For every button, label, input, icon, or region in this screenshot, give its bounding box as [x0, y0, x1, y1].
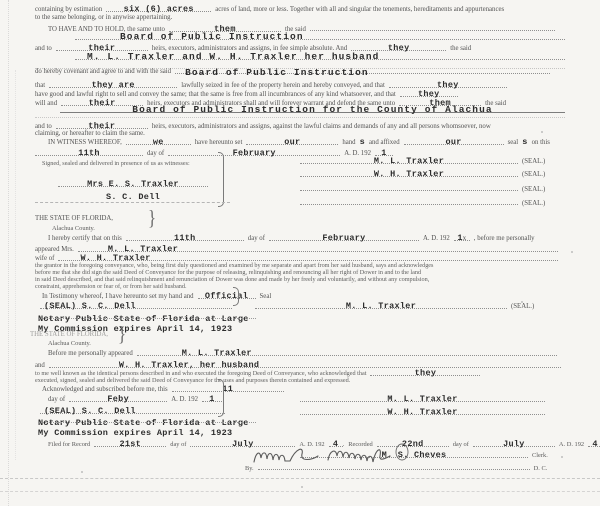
rec-year-blank: 4	[588, 437, 600, 447]
filed-day-entry: 21st	[119, 439, 141, 449]
seal-label: (SEAL.)	[522, 186, 545, 193]
ack1-notary-sig-line: (SEAL) S. C. Dell	[40, 299, 232, 310]
deed-record-page: containing by estimation six (6) acres a…	[0, 0, 600, 506]
ack2-they-blank: they	[370, 366, 480, 376]
deed-line-covenant: do hereby covenant and agree to and with…	[35, 64, 550, 75]
grantor-signature-2: W. H. Traxler	[374, 169, 444, 179]
printed-label: day of	[48, 396, 65, 403]
we-blank: we	[126, 135, 191, 145]
side-sig-blank: M. L. Traxler	[300, 392, 545, 402]
witness-2-blank: S. C. Dell	[58, 190, 208, 200]
ack2-side-signature-2: W. H. Traxler	[387, 407, 457, 417]
signature-blank	[300, 195, 518, 205]
witness-signature-2-line: S. C. Dell	[58, 190, 208, 201]
scan-speck	[571, 251, 573, 253]
filed-day-blank: 21st	[94, 437, 166, 447]
ack1-certify-line: I hereby certify that on this 11th day o…	[48, 231, 535, 242]
ack2-appeared-line: Before me personally appeared M. L. Trax…	[48, 346, 557, 357]
ack1-side-sig-line: M. L. Traxler (SEAL.)	[255, 299, 534, 310]
witness-signature-1-line: Mrs E. S. Traxler	[58, 177, 208, 188]
seal-row-1: M. L. Traxler (SEAL.)	[300, 154, 545, 165]
grantor-names: M. L. Traxler and W. H. Traxler her husb…	[87, 51, 379, 62]
signature-blank: W. H. Traxler	[300, 167, 518, 177]
rec-year-entry: 4	[592, 439, 597, 449]
ack2-year-entry: 1	[209, 394, 214, 404]
deed-line-estimation-cont: to the same belonging, or in anywise app…	[35, 10, 172, 21]
witness-bracket	[218, 152, 224, 207]
seal-row-2: W. H. Traxler (SEAL.)	[300, 167, 545, 178]
ack2-month-blank: Feby	[69, 392, 167, 402]
grantor-signature-1: M. L. Traxler	[374, 156, 444, 166]
signature-blank	[300, 181, 518, 191]
witness-2-signature: S. C. Dell	[106, 192, 160, 202]
printed-label: Before me personally appeared	[48, 350, 133, 357]
ack1-year-blank: 1x	[454, 231, 470, 241]
ack1-side-signature: M. L. Traxler	[346, 301, 416, 311]
deed-line-grantors: M. L. Traxler and W. H. Traxler her husb…	[75, 50, 565, 61]
witness-1-blank: Mrs E. S. Traxler	[58, 177, 208, 187]
seal-label: (SEAL.)	[522, 158, 545, 165]
seal-row-3: (SEAL.)	[300, 181, 545, 192]
printed-label: A. D. 192	[171, 396, 198, 403]
side-sig-blank: W. H. Traxler	[300, 405, 545, 415]
ack2-day-blank: 11	[172, 382, 284, 392]
seal-label: (SEAL.)	[522, 171, 545, 178]
deed-line-grantee-county: Board of Public Instruction for the Coun…	[60, 103, 565, 114]
witness-1-signature: Mrs E. S. Traxler	[87, 179, 179, 189]
ack2-side-sig-1-line: M. L. Traxler	[300, 392, 545, 403]
ack2-side-signature-1: M. L. Traxler	[387, 394, 457, 404]
notary-signature: (SEAL) S. C. Dell	[44, 301, 136, 311]
printed-label: A. D. 192	[423, 235, 450, 242]
dotted-rule	[35, 117, 565, 118]
rule-through-text	[38, 422, 256, 423]
ack2-they-entry: they	[415, 368, 437, 378]
grantee-county-blank: Board of Public Instruction for the Coun…	[60, 103, 565, 113]
notary-signature: (SEAL) S. C. Dell	[44, 406, 136, 416]
rec-month-blank: July	[473, 437, 555, 447]
exec-month-entry: February	[233, 148, 276, 158]
ack2-date-line: day of Feby A. D. 192 1	[48, 392, 222, 403]
printed-label: have hereunto set	[195, 139, 243, 146]
printed-label: heirs, executors, administrators and ass…	[152, 123, 491, 130]
printed-label: IN WITNESS WHEREOF,	[48, 139, 122, 146]
ack2-appeared-name: M. L. Traxler	[182, 348, 252, 358]
scan-speck	[541, 131, 543, 133]
deed-line-witness-clause: IN WITNESS WHEREOF, we have hereunto set…	[48, 135, 550, 146]
covenant-grantee-name: Board of Public Instruction	[185, 67, 369, 78]
printed-label: I hereby certify that on this	[48, 235, 122, 242]
printed-label: A. D. 192	[559, 441, 584, 448]
printed-label: do hereby covenant and agree to and with…	[35, 68, 171, 75]
official-blank: Official	[198, 289, 256, 299]
ack2-commission-line: My Commission expires April 14, 1923	[38, 426, 232, 437]
printed-label: day of	[170, 441, 186, 448]
deputy-clerk-signature	[250, 443, 435, 469]
side-sig-blank: M. L. Traxler	[255, 299, 507, 309]
scan-speck	[561, 456, 563, 458]
exec-day-blank: 11th	[35, 146, 143, 156]
state-brace-2: }	[118, 322, 126, 347]
printed-label: , before me personally	[474, 235, 535, 242]
clerk-label: Clerk.	[532, 452, 548, 459]
printed-label: Filed for Record	[48, 441, 90, 448]
ack2-appeared-blank: M. L. Traxler	[137, 346, 557, 356]
witnesses-label-line: Signed, sealed and delivered in presence…	[42, 156, 190, 167]
seal-label: (SEAL.)	[511, 303, 534, 310]
page-break-rule	[0, 478, 600, 479]
signature-blank: M. L. Traxler	[300, 154, 518, 164]
ack2-side-sig-2-line: W. H. Traxler	[300, 405, 545, 416]
printed-label: hand	[342, 139, 355, 146]
rule-through-text	[38, 318, 256, 319]
stray-mark: x	[463, 235, 466, 242]
notary-sig-blank: (SEAL) S. C. Dell	[40, 299, 232, 309]
seal-label: (SEAL.)	[522, 200, 545, 207]
printed-label: day of	[248, 235, 265, 242]
printed-label: acres of land, more or less. Together wi…	[215, 6, 504, 13]
ack2-month-entry: Feby	[107, 394, 129, 404]
ack2-notary-sig-line: (SEAL) S. C. Dell	[40, 404, 225, 415]
scan-speck	[81, 471, 83, 473]
left-margin-line-2	[15, 70, 16, 460]
notary-sig-blank: (SEAL) S. C. Dell	[40, 404, 225, 414]
seal-row-4: (SEAL.)	[300, 195, 545, 206]
testimony-bracket	[233, 287, 239, 306]
printed-label: day of	[453, 441, 469, 448]
printed-label: will and	[35, 100, 57, 107]
our-entry-2: our	[446, 137, 462, 147]
ack1-day-blank: 11th	[126, 231, 244, 241]
witness-box-bottom	[35, 202, 230, 203]
scan-speck	[301, 486, 303, 488]
page-break-rule-2	[0, 491, 600, 492]
our-blank: our	[246, 135, 338, 145]
grantee-county-name: Board of Public Instruction for the Coun…	[132, 104, 492, 115]
printed-label: seal	[508, 139, 519, 146]
printed-label: on this	[532, 139, 550, 146]
printed-label: to the same belonging, or in anywise app…	[35, 14, 172, 21]
left-margin-line	[8, 0, 9, 506]
grantors-blank: M. L. Traxler and W. H. Traxler her husb…	[75, 50, 565, 60]
printed-label: and to	[35, 45, 52, 52]
plural-s-entry-2: s	[522, 137, 527, 147]
ack1-month-blank: February	[269, 231, 419, 241]
ack2-year-blank: 1	[202, 392, 222, 402]
covenant-blank: Board of Public Instruction	[175, 64, 550, 74]
deputy-clerk-label: D. C.	[534, 465, 548, 472]
our-blank-2: our	[404, 135, 504, 145]
state-brace: }	[148, 206, 156, 231]
witnesses-label: Signed, sealed and delivered in presence…	[42, 160, 190, 167]
